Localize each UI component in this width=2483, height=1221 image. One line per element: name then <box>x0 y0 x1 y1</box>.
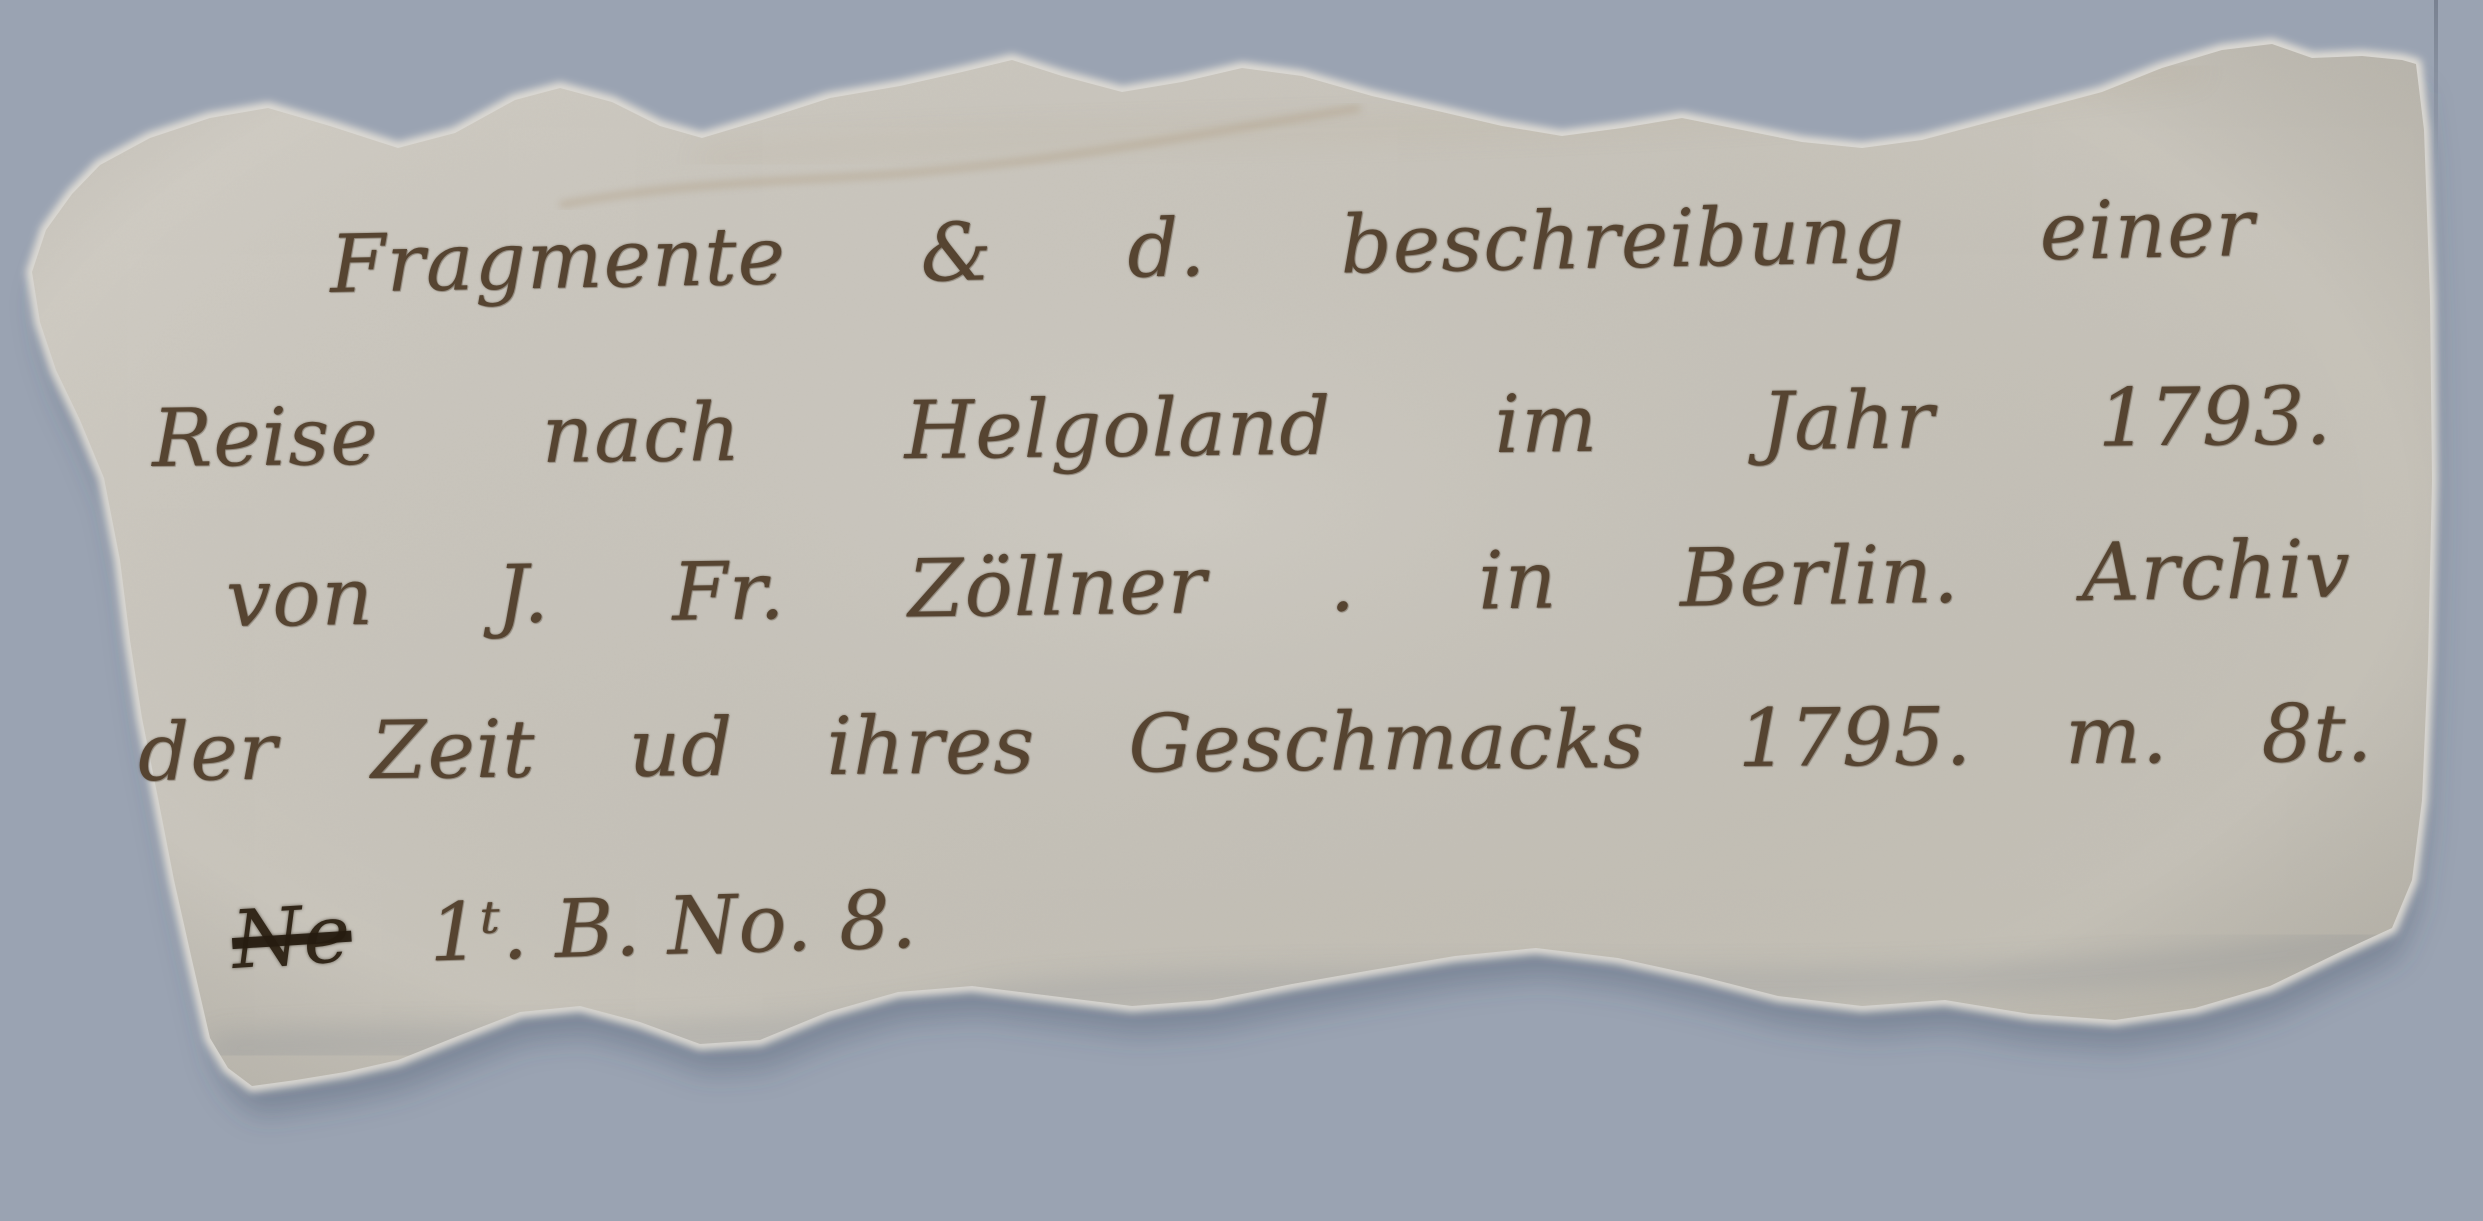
struck-out-word: Ne <box>229 887 354 987</box>
handwriting-line-5: Ne 1ᵗ. B. No. 8. <box>231 873 919 985</box>
catalog-reference: 1ᵗ. B. No. 8. <box>428 873 918 980</box>
photo-artifact-line <box>2434 0 2438 170</box>
handwriting-line-4: der Zeit ud ihres Geschmacks 1795. m. 8t… <box>138 686 2374 799</box>
photo-of-manuscript-slip: Fragmente & d. beschreibung einer Reise … <box>0 0 2483 1221</box>
